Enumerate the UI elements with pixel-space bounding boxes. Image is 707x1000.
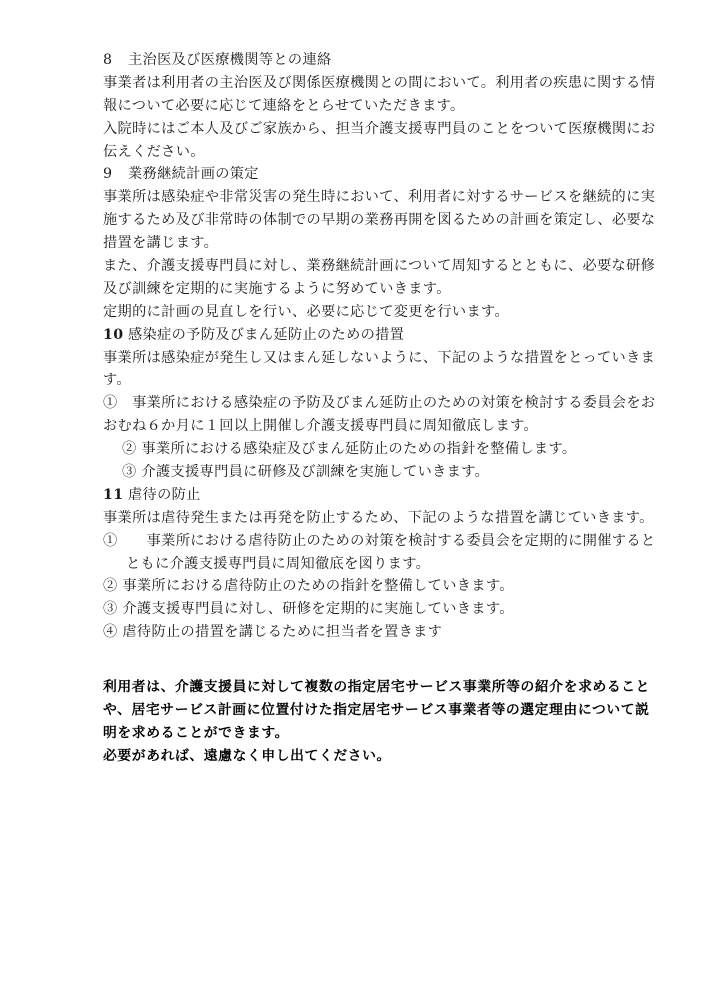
paragraph-line: 伝えください。: [103, 141, 608, 164]
paragraph-line: 措置を講じます。: [103, 232, 608, 255]
paragraph-line: 報について必要に応じて連絡をとらせていただきます。: [103, 95, 608, 118]
paragraph-line: 事業所は虐待発生または再発を防止するため、下記のような措置を講じていきます。: [103, 507, 608, 530]
section-heading: 10感染症の予防及びまん延防止のための措置: [103, 324, 608, 347]
list-item: ③ 介護支援専門員に研修及び訓練を実施していきます。: [103, 461, 608, 484]
paragraph-line: 施するため及び非常時の体制での早期の業務再開を図るための計画を策定し、必要な: [103, 209, 608, 232]
section-9: 9業務継続計画の策定 事業所は感染症や非常災害の発生時において、利用者に対するサ…: [103, 163, 608, 323]
section-title: 虐待の防止: [128, 487, 201, 503]
notice-line: 明を求めることができます。: [103, 722, 608, 745]
section-heading: 9業務継続計画の策定: [103, 163, 608, 186]
paragraph-line: 定期的に計画の見直しを行い、必要に応じて変更を行います。: [103, 301, 608, 324]
section-heading: 8主治医及び医療機関等との連絡: [103, 49, 608, 72]
notice-line: 利用者は、介護支援員に対して複数の指定居宅サービス事業所等の紹介を求めること: [103, 676, 608, 699]
section-10: 10感染症の予防及びまん延防止のための措置 事業所は感染症が発生し又はまん延しな…: [103, 324, 608, 484]
list-item: ② 事業所における虐待防止のための指針を整備していきます。: [103, 575, 608, 598]
paragraph-line: 事業所は感染症が発生し又はまん延しないように、下記のような措置をとっていきま: [103, 347, 608, 370]
section-number: 11: [103, 484, 128, 507]
list-item-continuation: おむね６か月に１回以上開催し介護支援専門員に周知徹底します。: [103, 415, 608, 438]
paragraph-line: す。: [103, 369, 608, 392]
list-item: ④ 虐待防止の措置を講じるために担当者を置きます: [103, 621, 608, 644]
paragraph-line: 及び訓練を定期的に実施するように努めていきます。: [103, 278, 608, 301]
notice-line: や、居宅サービス計画に位置付けた指定居宅サービス事業者等の選定理由について説: [103, 699, 608, 722]
paragraph-line: 入院時にはご本人及びご家族から、担当介護支援専門員のことをついて医療機関にお: [103, 118, 608, 141]
blank-line: [103, 644, 608, 667]
section-number: 8: [103, 49, 128, 72]
document-page: 8主治医及び医療機関等との連絡 事業者は利用者の主治医及び関係医療機関との間にお…: [103, 49, 608, 768]
list-item: ① 事業所における虐待防止のための対策を検討する委員会を定期的に開催すると: [103, 530, 608, 553]
section-number: 9: [103, 163, 128, 186]
list-item-continuation: ともに介護支援専門員に周知徹底を図ります。: [103, 553, 608, 576]
section-number: 10: [103, 324, 128, 347]
paragraph-line: 事業所は感染症や非常災害の発生時において、利用者に対するサービスを継続的に実: [103, 186, 608, 209]
list-item: ① 事業所における感染症の予防及びまん延防止のための対策を検討する委員会をお: [103, 392, 608, 415]
section-heading: 11虐待の防止: [103, 484, 608, 507]
section-title: 主治医及び医療機関等との連絡: [128, 52, 332, 68]
list-item: ② 事業所における感染症及びまん延防止のための指針を整備します。: [103, 438, 608, 461]
notice-line: 必要があれば、遠慮なく申し出てください。: [103, 745, 608, 768]
section-title: 業務継続計画の策定: [128, 166, 259, 182]
paragraph-line: また、介護支援専門員に対し、業務継続計画について周知するとともに、必要な研修: [103, 255, 608, 278]
user-rights-notice: 利用者は、介護支援員に対して複数の指定居宅サービス事業所等の紹介を求めること や…: [103, 676, 608, 768]
section-11: 11虐待の防止 事業所は虐待発生または再発を防止するため、下記のような措置を講じ…: [103, 484, 608, 644]
section-title: 感染症の予防及びまん延防止のための措置: [128, 327, 404, 343]
paragraph-line: 事業者は利用者の主治医及び関係医療機関との間において。利用者の疾患に関する情: [103, 72, 608, 95]
blank-gap: [103, 667, 608, 676]
section-8: 8主治医及び医療機関等との連絡 事業者は利用者の主治医及び関係医療機関との間にお…: [103, 49, 608, 163]
list-item: ③ 介護支援専門員に対し、研修を定期的に実施していきます。: [103, 598, 608, 621]
